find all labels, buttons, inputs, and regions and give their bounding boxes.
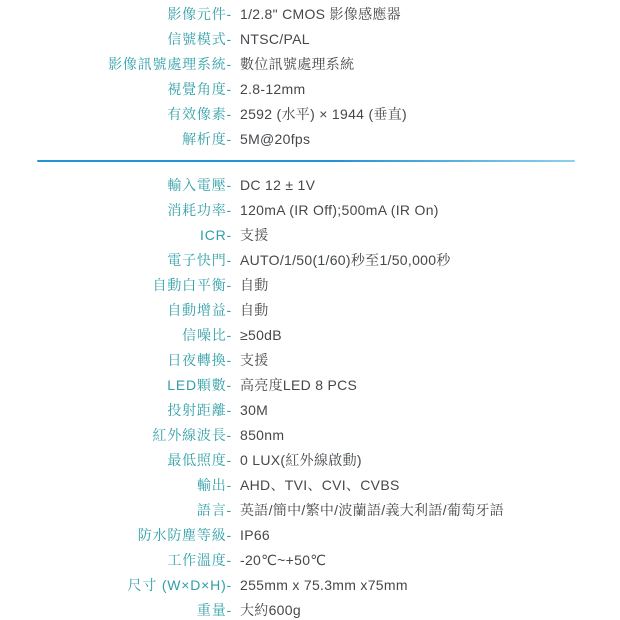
spec-value: 1/2.8" CMOS 影像感應器	[240, 2, 620, 27]
spec-value: 5M@20fps	[240, 127, 620, 152]
spec-label-suffix: -	[227, 177, 232, 193]
spec-value: 支援	[240, 223, 620, 248]
spec-value: 30M	[240, 398, 620, 423]
spec-value: 0 LUX(紅外線啟動)	[240, 448, 620, 473]
spec-label: 自動白平衡-	[0, 273, 232, 298]
spec-label-text: 視覺角度	[167, 81, 226, 97]
spec-row: 影像訊號處理系統- 數位訊號處理系統	[0, 52, 620, 77]
spec-label-text: 自動白平衡	[153, 277, 227, 293]
spec-label-text: 影像元件	[167, 6, 226, 22]
spec-row: 信噪比- ≥50dB	[0, 323, 620, 348]
spec-label-suffix: -	[227, 31, 232, 47]
spec-label: 防水防塵等級-	[0, 523, 232, 548]
spec-label: 最低照度-	[0, 448, 232, 473]
spec-row: 最低照度- 0 LUX(紅外線啟動)	[0, 448, 620, 473]
spec-label-suffix: -	[227, 502, 232, 518]
spec-value: 自動	[240, 273, 620, 298]
spec-value: AUTO/1/50(1/60)秒至1/50,000秒	[240, 248, 620, 273]
spec-label-text: ICR	[200, 227, 227, 243]
spec-value: NTSC/PAL	[240, 27, 620, 52]
spec-label-text: 最低照度	[167, 452, 226, 468]
spec-row: ICR- 支援	[0, 223, 620, 248]
spec-row: 電子快門- AUTO/1/50(1/60)秒至1/50,000秒	[0, 248, 620, 273]
spec-label-text: 輸入電壓	[167, 177, 226, 193]
spec-row: 防水防塵等級- IP66	[0, 523, 620, 548]
spec-label-suffix: -	[227, 277, 232, 293]
spec-label-suffix: -	[227, 402, 232, 418]
spec-label: 消耗功率-	[0, 198, 232, 223]
spec-label-text: 日夜轉換	[167, 352, 226, 368]
spec-row: 輸入電壓- DC 12 ± 1V	[0, 173, 620, 198]
spec-label-text: 電子快門	[167, 252, 226, 268]
spec-table: 影像元件- 1/2.8" CMOS 影像感應器 信號模式- NTSC/PAL 影…	[0, 0, 620, 620]
spec-row: 有效像素- 2592 (水平) × 1944 (垂直)	[0, 102, 620, 127]
spec-row: 尺寸 (W×D×H)- 255mm x 75.3mm x75mm	[0, 573, 620, 598]
spec-label: 紅外線波長-	[0, 423, 232, 448]
spec-label: 電子快門-	[0, 248, 232, 273]
spec-label: 輸入電壓-	[0, 173, 232, 198]
spec-label-suffix: -	[227, 602, 232, 618]
spec-row: 影像元件- 1/2.8" CMOS 影像感應器	[0, 2, 620, 27]
spec-label-suffix: -	[227, 6, 232, 22]
spec-value: 2592 (水平) × 1944 (垂直)	[240, 102, 620, 127]
spec-label-text: 信噪比	[182, 327, 226, 343]
spec-label: 影像訊號處理系統-	[0, 52, 232, 77]
section-divider	[37, 160, 575, 162]
spec-label-suffix: -	[227, 106, 232, 122]
spec-value: IP66	[240, 523, 620, 548]
spec-label-suffix: -	[227, 577, 232, 593]
spec-label-suffix: -	[227, 427, 232, 443]
spec-label-suffix: -	[227, 56, 232, 72]
spec-label-suffix: -	[227, 377, 232, 393]
spec-label-text: 語言	[197, 502, 227, 518]
spec-value: ≥50dB	[240, 323, 620, 348]
spec-row: 解析度- 5M@20fps	[0, 127, 620, 152]
spec-label-text: 尺寸 (W×D×H)	[128, 577, 227, 593]
spec-label: 自動增益-	[0, 298, 232, 323]
spec-value: 自動	[240, 298, 620, 323]
spec-row: 日夜轉換- 支援	[0, 348, 620, 373]
spec-label: 語言-	[0, 498, 232, 523]
spec-label-text: 重量	[197, 602, 227, 618]
spec-label: 視覺角度-	[0, 77, 232, 102]
spec-label-text: 影像訊號處理系統	[108, 56, 226, 72]
spec-page: { "colors": { "label": "#2f9fa8", "value…	[0, 0, 620, 620]
spec-value: 數位訊號處理系統	[240, 52, 620, 77]
spec-label-suffix: -	[227, 527, 232, 543]
spec-row: LED顆數- 高亮度LED 8 PCS	[0, 373, 620, 398]
spec-row: 重量- 大約600g	[0, 598, 620, 620]
spec-label-text: 工作溫度	[167, 552, 226, 568]
spec-label-suffix: -	[227, 202, 232, 218]
spec-label-text: 輸出	[197, 477, 227, 493]
spec-value: 850nm	[240, 423, 620, 448]
spec-label-text: 有效像素	[167, 106, 226, 122]
spec-row: 自動增益- 自動	[0, 298, 620, 323]
spec-label: 日夜轉換-	[0, 348, 232, 373]
spec-row: 信號模式- NTSC/PAL	[0, 27, 620, 52]
spec-value: 120mA (IR Off);500mA (IR On)	[240, 198, 620, 223]
spec-label: LED顆數-	[0, 373, 232, 398]
spec-value: 大約600g	[240, 598, 620, 620]
spec-row: 工作溫度- -20℃~+50℃	[0, 548, 620, 573]
spec-label-suffix: -	[227, 327, 232, 343]
spec-label: 投射距離-	[0, 398, 232, 423]
spec-label: 重量-	[0, 598, 232, 620]
spec-label-text: 紅外線波長	[153, 427, 227, 443]
spec-label: 尺寸 (W×D×H)-	[0, 573, 232, 598]
spec-value: -20℃~+50℃	[240, 548, 620, 573]
spec-value: 英語/簡中/繁中/波蘭語/義大利語/葡萄牙語	[240, 498, 620, 523]
spec-row: 紅外線波長- 850nm	[0, 423, 620, 448]
spec-label-suffix: -	[227, 131, 232, 147]
spec-label: 輸出-	[0, 473, 232, 498]
spec-label: 有效像素-	[0, 102, 232, 127]
spec-label-suffix: -	[227, 227, 232, 243]
spec-label: 影像元件-	[0, 2, 232, 27]
spec-value: 2.8-12mm	[240, 77, 620, 102]
spec-label-suffix: -	[227, 552, 232, 568]
spec-label: ICR-	[0, 223, 232, 248]
spec-label-text: 信號模式	[167, 31, 226, 47]
spec-label-text: 消耗功率	[167, 202, 226, 218]
spec-label: 信噪比-	[0, 323, 232, 348]
spec-label-text: 防水防塵等級	[138, 527, 227, 543]
spec-label: 解析度-	[0, 127, 232, 152]
spec-label-text: LED顆數	[167, 377, 226, 393]
spec-label-suffix: -	[227, 352, 232, 368]
spec-row: 消耗功率- 120mA (IR Off);500mA (IR On)	[0, 198, 620, 223]
spec-label-suffix: -	[227, 302, 232, 318]
spec-label: 工作溫度-	[0, 548, 232, 573]
spec-label-suffix: -	[227, 81, 232, 97]
spec-label-suffix: -	[227, 452, 232, 468]
spec-row: 自動白平衡- 自動	[0, 273, 620, 298]
spec-value: DC 12 ± 1V	[240, 173, 620, 198]
spec-label: 信號模式-	[0, 27, 232, 52]
spec-row: 輸出- AHD、TVI、CVI、CVBS	[0, 473, 620, 498]
spec-value: 255mm x 75.3mm x75mm	[240, 573, 620, 598]
spec-row: 投射距離- 30M	[0, 398, 620, 423]
spec-row: 視覺角度- 2.8-12mm	[0, 77, 620, 102]
spec-value: 支援	[240, 348, 620, 373]
spec-label-suffix: -	[227, 477, 232, 493]
spec-value: 高亮度LED 8 PCS	[240, 373, 620, 398]
spec-label-suffix: -	[227, 252, 232, 268]
spec-label-text: 自動增益	[167, 302, 226, 318]
spec-label-text: 解析度	[182, 131, 226, 147]
spec-row: 語言- 英語/簡中/繁中/波蘭語/義大利語/葡萄牙語	[0, 498, 620, 523]
spec-value: AHD、TVI、CVI、CVBS	[240, 473, 620, 498]
spec-label-text: 投射距離	[167, 402, 226, 418]
